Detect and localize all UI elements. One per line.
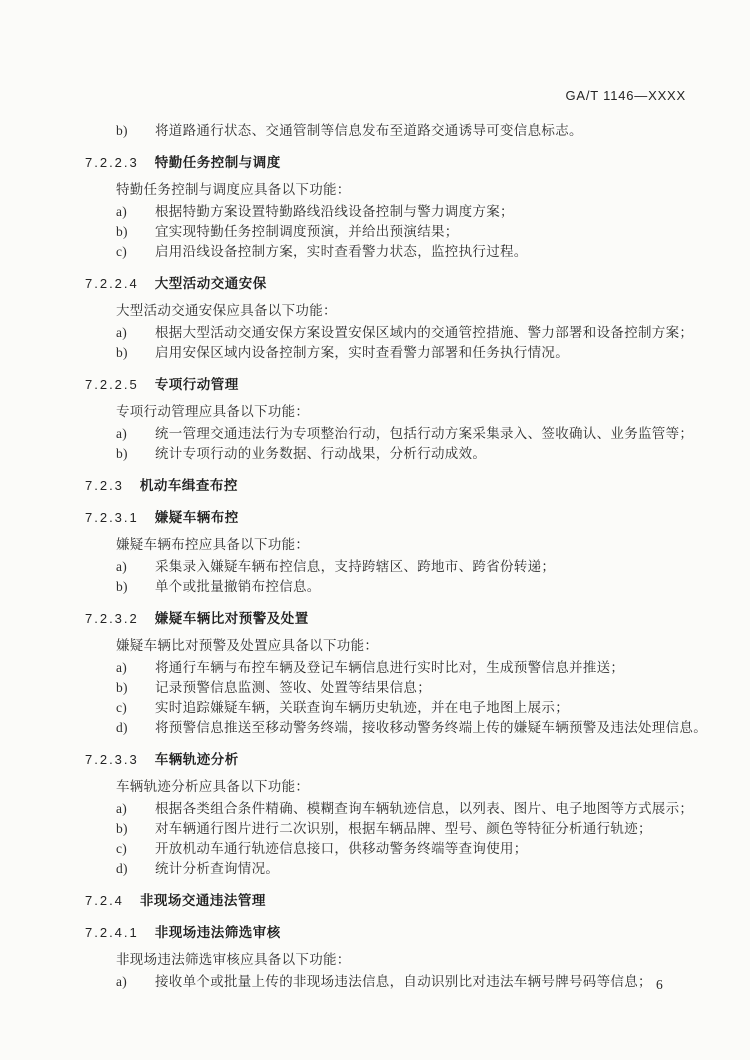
clause-title: 嫌疑车辆比对预警及处置 [155, 611, 309, 626]
clause-number: 7.2.2.4 [85, 276, 139, 291]
clause-number: 7.2.3.1 [85, 510, 139, 525]
clause-heading: 7.2.2.3特勤任务控制与调度 [0, 153, 750, 173]
list-item: b)启用安保区域内设备控制方案，实时查看警力部署和任务执行情况。 [0, 343, 750, 363]
list-item-text: 根据特勤方案设置特勤路线沿线设备控制与警力调度方案； [155, 202, 723, 222]
clause-heading: 7.2.3机动车缉查布控 [0, 476, 750, 496]
clause-number: 7.2.4.1 [85, 925, 139, 940]
list-item: a)采集录入嫌疑车辆布控信息，支持跨辖区、跨地市、跨省份转递； [0, 557, 750, 577]
clause-heading: 7.2.4非现场交通违法管理 [0, 891, 750, 911]
list-item-marker: b) [116, 577, 155, 597]
clause-title: 非现场违法筛选审核 [155, 925, 281, 940]
clause-heading: 7.2.2.5专项行动管理 [0, 375, 750, 395]
list-intro-paragraph: 嫌疑车辆比对预警及处置应具备以下功能： [0, 636, 750, 656]
clause-heading: 7.2.3.3车辆轨迹分析 [0, 750, 750, 770]
clause-title: 特勤任务控制与调度 [155, 155, 281, 170]
list-item-marker: a) [116, 799, 155, 819]
list-intro-paragraph: 大型活动交通安保应具备以下功能： [0, 301, 750, 321]
list-item: d)将预警信息推送至移动警务终端，接收移动警务终端上传的嫌疑车辆预警及违法处理信… [0, 718, 750, 738]
list-item-marker: b) [116, 121, 155, 141]
list-item-text: 统计专项行动的业务数据、行动战果，分析行动成效。 [155, 444, 723, 464]
list-item-text: 对车辆通行图片进行二次识别，根据车辆品牌、型号、颜色等特征分析通行轨迹； [155, 819, 723, 839]
list-item-text: 启用沿线设备控制方案，实时查看警力状态，监控执行过程。 [155, 242, 723, 262]
list-item-text: 宜实现特勤任务控制调度预演，并给出预演结果； [155, 222, 723, 242]
list-item: a)统一管理交通违法行为专项整治行动，包括行动方案采集录入、签收确认、业务监管等… [0, 424, 750, 444]
list-intro-paragraph: 车辆轨迹分析应具备以下功能： [0, 777, 750, 797]
list-item: a)根据特勤方案设置特勤路线沿线设备控制与警力调度方案； [0, 202, 750, 222]
list-item-marker: a) [116, 658, 155, 678]
list-item-text: 采集录入嫌疑车辆布控信息，支持跨辖区、跨地市、跨省份转递； [155, 557, 723, 577]
list-item-text: 根据大型活动交通安保方案设置安保区域内的交通管控措施、警力部署和设备控制方案； [155, 323, 723, 343]
list-item-marker: b) [116, 444, 155, 464]
standard-number-header: GA/T 1146—XXXX [565, 88, 686, 103]
list-item-marker: c) [116, 242, 155, 262]
list-item: b)记录预警信息监测、签收、处置等结果信息； [0, 678, 750, 698]
clause-title: 专项行动管理 [155, 377, 239, 392]
clause-number: 7.2.3 [85, 478, 124, 493]
list-item-marker: b) [116, 222, 155, 242]
list-intro-paragraph: 特勤任务控制与调度应具备以下功能： [0, 180, 750, 200]
list-item: c)实时追踪嫌疑车辆，关联查询车辆历史轨迹，并在电子地图上展示； [0, 698, 750, 718]
list-item: b)宜实现特勤任务控制调度预演，并给出预演结果； [0, 222, 750, 242]
list-item-text: 接收单个或批量上传的非现场违法信息，自动识别比对违法车辆号牌号码等信息； [155, 972, 723, 992]
list-item-text: 根据各类组合条件精确、模糊查询车辆轨迹信息，以列表、图片、电子地图等方式展示； [155, 799, 723, 819]
list-item-marker: a) [116, 972, 155, 992]
clause-title: 车辆轨迹分析 [155, 752, 239, 767]
list-item-text: 开放机动车通行轨迹信息接口，供移动警务终端等查询使用； [155, 839, 723, 859]
list-item-text: 启用安保区域内设备控制方案，实时查看警力部署和任务执行情况。 [155, 343, 723, 363]
list-item-marker: a) [116, 424, 155, 444]
clause-number: 7.2.3.2 [85, 611, 139, 626]
list-item-marker: a) [116, 557, 155, 577]
list-intro-paragraph: 非现场违法筛选审核应具备以下功能： [0, 950, 750, 970]
clause-heading: 7.2.3.2嫌疑车辆比对预警及处置 [0, 609, 750, 629]
clause-title: 嫌疑车辆布控 [155, 510, 239, 525]
clause-number: 7.2.4 [85, 893, 124, 908]
clause-heading: 7.2.2.4大型活动交通安保 [0, 274, 750, 294]
list-item-marker: c) [116, 698, 155, 718]
list-item: a)根据大型活动交通安保方案设置安保区域内的交通管控措施、警力部署和设备控制方案… [0, 323, 750, 343]
clause-number: 7.2.2.3 [85, 155, 139, 170]
list-item: b)单个或批量撤销布控信息。 [0, 577, 750, 597]
list-item-marker: b) [116, 343, 155, 363]
list-item-text: 实时追踪嫌疑车辆，关联查询车辆历史轨迹，并在电子地图上展示； [155, 698, 723, 718]
clause-heading: 7.2.3.1嫌疑车辆布控 [0, 508, 750, 528]
list-item-text: 统计分析查询情况。 [155, 859, 723, 879]
list-item-marker: d) [116, 718, 155, 738]
list-item: a)根据各类组合条件精确、模糊查询车辆轨迹信息，以列表、图片、电子地图等方式展示… [0, 799, 750, 819]
list-item: a)将通行车辆与布控车辆及登记车辆信息进行实时比对，生成预警信息并推送； [0, 658, 750, 678]
page-number: 6 [656, 977, 663, 993]
list-item-text: 将预警信息推送至移动警务终端，接收移动警务终端上传的嫌疑车辆预警及违法处理信息。 [155, 718, 723, 738]
clause-title: 非现场交通违法管理 [140, 893, 266, 908]
list-item: c)启用沿线设备控制方案，实时查看警力状态，监控执行过程。 [0, 242, 750, 262]
clause-number: 7.2.3.3 [85, 752, 139, 767]
document-body: b)将道路通行状态、交通管制等信息发布至道路交通诱导可变信息标志。7.2.2.3… [0, 121, 750, 992]
clause-heading: 7.2.4.1非现场违法筛选审核 [0, 923, 750, 943]
list-item-marker: b) [116, 819, 155, 839]
list-item-marker: d) [116, 859, 155, 879]
list-item: b)对车辆通行图片进行二次识别，根据车辆品牌、型号、颜色等特征分析通行轨迹； [0, 819, 750, 839]
list-item: b)将道路通行状态、交通管制等信息发布至道路交通诱导可变信息标志。 [0, 121, 750, 141]
document-page: GA/T 1146—XXXX b)将道路通行状态、交通管制等信息发布至道路交通诱… [0, 0, 750, 1060]
list-item-marker: a) [116, 202, 155, 222]
list-item-text: 将道路通行状态、交通管制等信息发布至道路交通诱导可变信息标志。 [155, 121, 723, 141]
list-item-marker: b) [116, 678, 155, 698]
clause-title: 大型活动交通安保 [155, 276, 267, 291]
list-item-marker: a) [116, 323, 155, 343]
list-item-marker: c) [116, 839, 155, 859]
list-intro-paragraph: 专项行动管理应具备以下功能： [0, 402, 750, 422]
list-item-text: 将通行车辆与布控车辆及登记车辆信息进行实时比对，生成预警信息并推送； [155, 658, 723, 678]
list-item-text: 统一管理交通违法行为专项整治行动，包括行动方案采集录入、签收确认、业务监管等； [155, 424, 723, 444]
list-item: d)统计分析查询情况。 [0, 859, 750, 879]
list-item: c)开放机动车通行轨迹信息接口，供移动警务终端等查询使用； [0, 839, 750, 859]
list-intro-paragraph: 嫌疑车辆布控应具备以下功能： [0, 535, 750, 555]
clause-title: 机动车缉查布控 [140, 478, 238, 493]
list-item-text: 记录预警信息监测、签收、处置等结果信息； [155, 678, 723, 698]
clause-number: 7.2.2.5 [85, 377, 139, 392]
list-item: b)统计专项行动的业务数据、行动战果，分析行动成效。 [0, 444, 750, 464]
list-item-text: 单个或批量撤销布控信息。 [155, 577, 723, 597]
list-item: a)接收单个或批量上传的非现场违法信息，自动识别比对违法车辆号牌号码等信息； [0, 972, 750, 992]
